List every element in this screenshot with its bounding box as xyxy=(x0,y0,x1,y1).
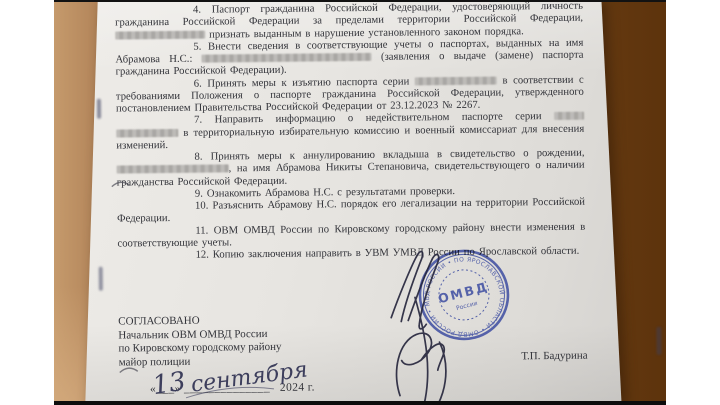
signature-ink xyxy=(391,251,447,404)
document-content: 4. Паспорт гражданина Российской Федерац… xyxy=(54,0,666,405)
photo-top-edge xyxy=(54,0,666,2)
redacted-text xyxy=(115,30,205,39)
redacted-text xyxy=(415,76,497,85)
document-paragraph: 8. Принять меры к аннулированию вкладыша… xyxy=(116,147,584,189)
screenshot-frame: 4. Паспорт гражданина Российской Федерац… xyxy=(0,0,720,405)
stamp-ring-text: МВД РОССИИ • ПО ЯРОСЛАВСКОЙ ОБЛАСТИ • ОМ… xyxy=(415,247,514,346)
document-items: 4. Паспорт гражданина Российской Федерац… xyxy=(115,0,586,262)
document-paragraph: 7. Направить информацию о недействительн… xyxy=(116,110,584,152)
document-photo: 4. Паспорт гражданина Российской Федерац… xyxy=(54,0,666,405)
approval-district-line: по Кировскому городскому району xyxy=(118,341,281,356)
document-paragraph: 4. Паспорт гражданина Российской Федерац… xyxy=(115,0,583,41)
redacted-text xyxy=(117,165,229,174)
date-blank-line: «___» ______________ 2024 г. xyxy=(150,381,315,395)
photo-bottom-edge xyxy=(54,401,666,405)
document-paragraph: 6. Принять меры к изъятию паспорта серии… xyxy=(116,73,584,115)
approval-rank-line: майор полиции xyxy=(119,355,282,370)
svg-text:МВД РОССИИ • ПО ЯРОСЛАВСКОЙ ОБ: МВД РОССИИ • ПО ЯРОСЛАВСКОЙ ОБЛАСТИ • ОМ… xyxy=(415,247,514,346)
document-paragraph: 5. Внести сведения в соответствующие уче… xyxy=(115,36,583,78)
letterbox-left xyxy=(0,0,54,405)
redacted-text xyxy=(116,128,178,137)
stamp-center-text: ОМВД xyxy=(436,279,490,307)
letterbox-right xyxy=(666,0,720,405)
signer-name: Т.П. Бадурина xyxy=(474,350,588,363)
redacted-text xyxy=(202,53,372,63)
approval-block: СОГЛАСОВАНО Начальник ОВМ ОМВД России по… xyxy=(118,314,282,370)
stamp-center-subtext: России xyxy=(455,300,478,312)
redacted-text xyxy=(554,112,584,120)
